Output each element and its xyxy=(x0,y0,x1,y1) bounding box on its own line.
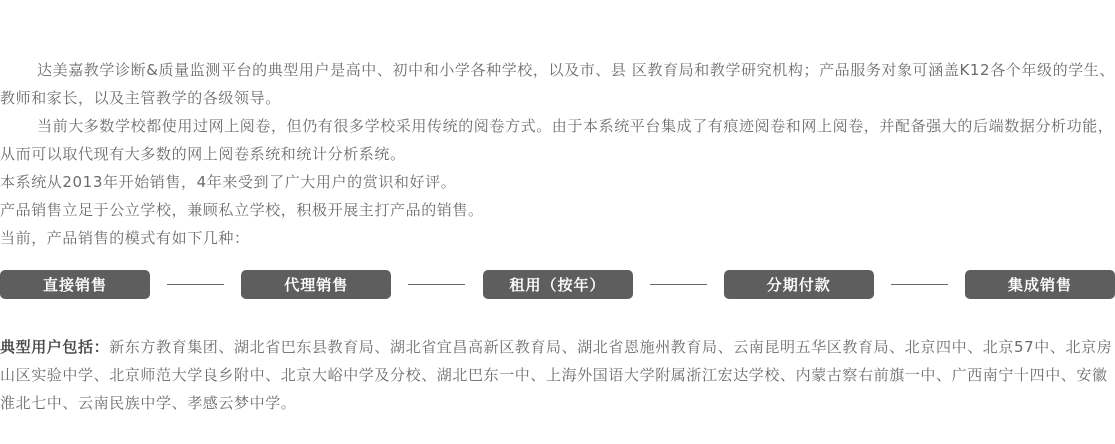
connector-line xyxy=(650,284,707,285)
typical-users-list: 新东方教育集团、湖北省巴东县教育局、湖北省宜昌高新区教育局、湖北省恩施州教育局、… xyxy=(0,338,1112,412)
connector-line xyxy=(891,284,948,285)
sales-mode-integrated: 集成销售 xyxy=(965,270,1115,299)
sales-mode-direct: 直接销售 xyxy=(0,270,150,299)
intro-paragraph-users: 达美嘉教学诊断&质量监测平台的典型用户是高中、初中和小学各种学校，以及市、县 区… xyxy=(0,56,1115,112)
intro-paragraph-focus: 产品销售立足于公立学校，兼顾私立学校，积极开展主打产品的销售。 xyxy=(0,196,1115,224)
intro-paragraph-marking: 当前大多数学校都使用过网上阅卷，但仍有很多学校采用传统的阅卷方式。由于本系统平台… xyxy=(0,112,1115,168)
connector-line xyxy=(408,284,465,285)
sales-mode-agent: 代理销售 xyxy=(241,270,391,299)
intro-paragraph-history: 本系统从2013年开始销售，4年来受到了广大用户的赏识和好评。 xyxy=(0,168,1115,196)
sales-mode-installment: 分期付款 xyxy=(724,270,874,299)
typical-users: 典型用户包括：新东方教育集团、湖北省巴东县教育局、湖北省宜昌高新区教育局、湖北省… xyxy=(0,333,1115,417)
sales-mode-rental: 租用（按年） xyxy=(483,270,633,299)
sales-modes-flow: 直接销售 代理销售 租用（按年） 分期付款 集成销售 xyxy=(0,270,1115,299)
intro-paragraph-modes-lead: 当前，产品销售的模式有如下几种： xyxy=(0,224,1115,252)
intro-section: 达美嘉教学诊断&质量监测平台的典型用户是高中、初中和小学各种学校，以及市、县 区… xyxy=(0,56,1115,252)
connector-line xyxy=(167,284,224,285)
typical-users-label: 典型用户包括： xyxy=(0,338,109,356)
